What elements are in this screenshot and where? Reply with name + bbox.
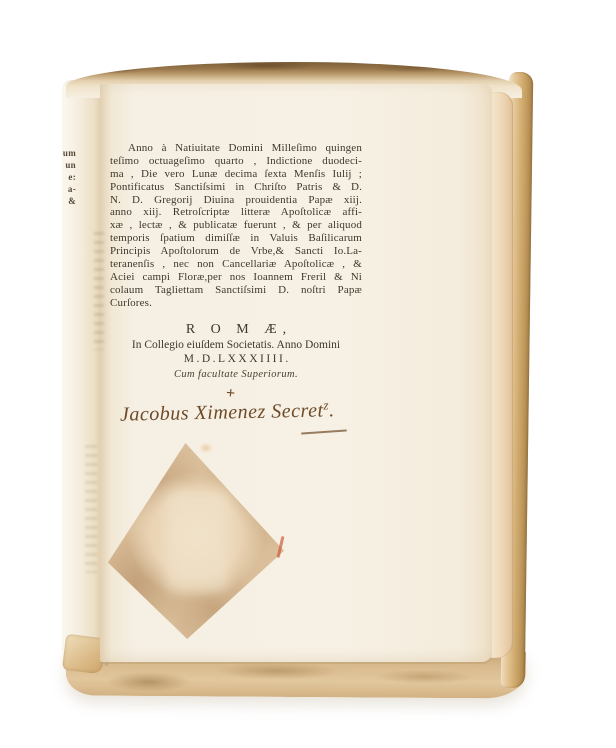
show-through-marks [85,445,97,573]
colophon-line: anno xiij. Retroſcriptæ litteræ Apoſtoli… [110,206,362,219]
colophon-line: N. D. Gregorij Diuina prouidentia Papæ x… [110,194,362,207]
colophon-line: teſimo octuageſimo quarto , Indictione d… [110,155,362,168]
colophon-line: teranenſis , nec non Cancellariæ Apoſtol… [110,258,362,271]
imprimatur-line: Cum facultate Superiorum. [110,369,362,380]
colophon-line: temporis ſpatium dimiſſæ in Valuis Baſil… [110,232,362,245]
imprint-college: In Collegio eiuſdem Societatis. Anno Dom… [110,339,362,351]
fragment-text: a- [61,184,76,196]
signature-name: Jacobus Ximenez Secret [120,399,324,425]
colophon-line: Pontificatus Sanctiſsimi in Chriſto Patr… [110,181,362,194]
signature-period: . [329,399,335,421]
facing-page-fragments: um un e: a- & [61,148,76,208]
colophon-line: Principis Apoſtolorum de Vrbe,& Sancti I… [110,245,362,258]
colophon-line: ma , Die vero Lunæ decima ſexta Menſis I… [110,168,362,181]
imprint-year: M.D.LXXXIIII. [110,353,362,365]
fragment-text: um [61,148,76,160]
colophon-line: colaum Tagliettam Sanctiſsimi D. noſtri … [110,284,362,297]
colophon-line: xæ , lectæ , & publicatæ fuerunt , & per… [110,219,362,232]
fragment-text: e: [61,172,76,184]
foxing-spot [199,443,213,453]
fragment-text: un [61,160,76,172]
colophon-line: Anno à Natiuitate Domini Milleſimo quing… [110,142,362,155]
seal-stain-center [166,490,229,592]
colophon-paragraph: Anno à Natiuitate Domini Milleſimo quing… [110,142,362,310]
book-photo: um un e: a- & Anno à Natiuitate Domini M… [0,0,616,748]
colophon-line: Curſores. [110,297,362,310]
colophon-line: Aciei campi Floræ,per nos Ioannem Freril… [110,271,362,284]
fragment-text: & [61,196,76,208]
show-through-marks [94,232,104,350]
imprint-place: R O M Æ, [110,322,362,338]
